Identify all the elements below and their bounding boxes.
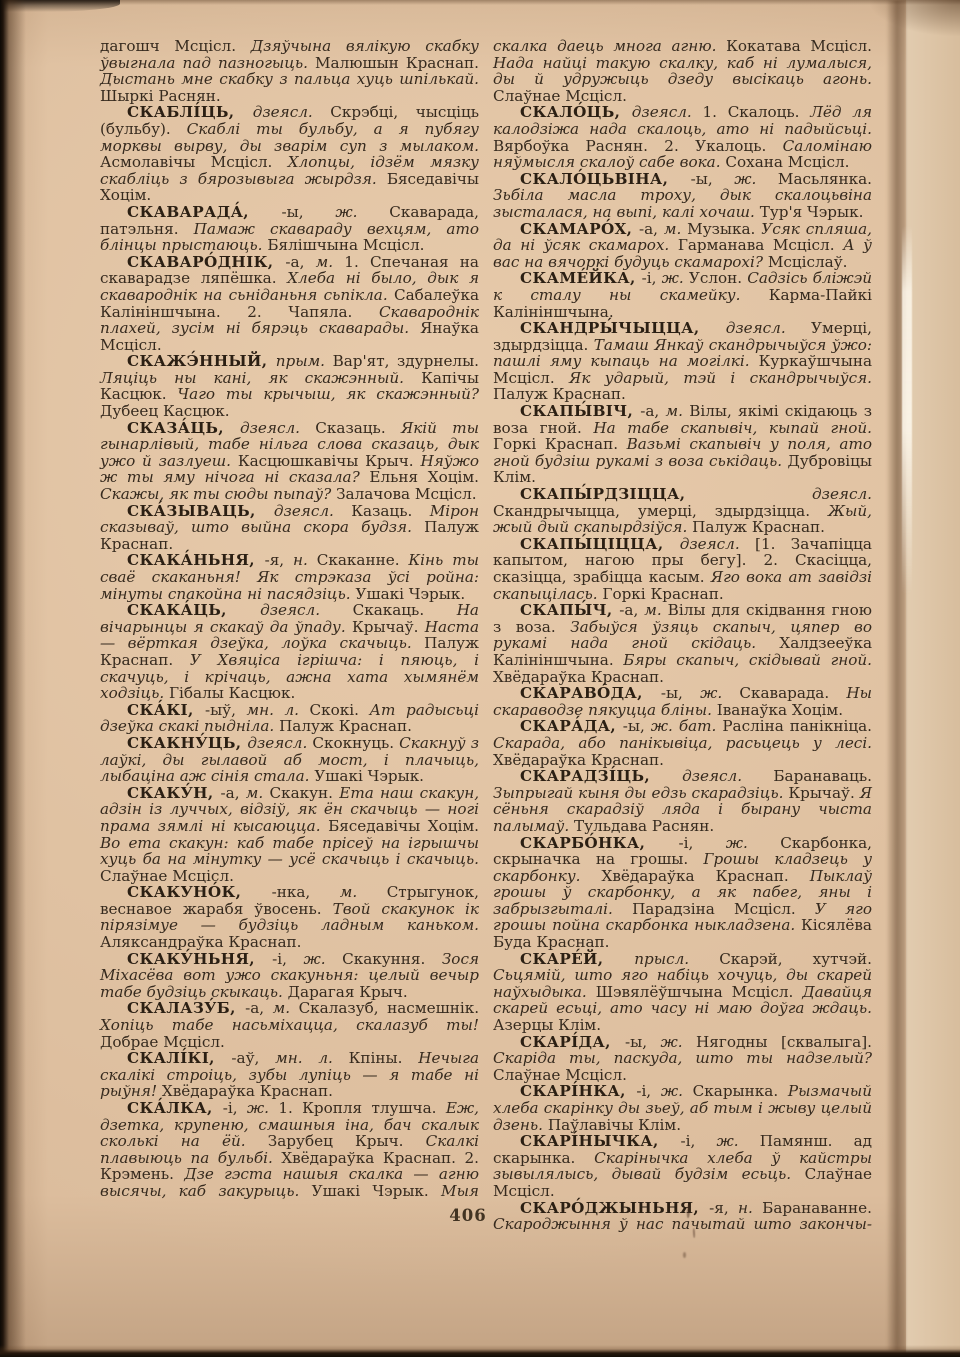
entry-text: -ы, <box>691 170 735 188</box>
example-text: Бяры скапыч, скідывай гной. <box>623 651 872 669</box>
entry-text: Бялішчына Мсцісл. <box>267 236 424 254</box>
entry-text: -ы, <box>625 1033 660 1051</box>
entry-text: Баранаваць. <box>773 767 872 785</box>
example-text: Скаріда ты, паскуда, што ты надзелый? <box>493 1049 872 1067</box>
entry-text: Услон. <box>689 269 747 287</box>
entry-text: Хвёдараўка Краснап. <box>602 867 810 885</box>
dictionary-entry: СКАРІ́НКА, -і, ж. Скарынка. Рызмачый хле… <box>493 1083 872 1133</box>
entry-text: Ушакі Чэрык. <box>312 1182 441 1200</box>
headword: СКАЖЭ́ННЫЙ, <box>127 352 276 370</box>
entry-text: Сказаць. <box>315 419 401 437</box>
entry-text: Крычаў. <box>788 784 859 802</box>
example-text: м. <box>340 883 387 901</box>
dictionary-entry: СКАЛО́ЦЬВІНА, -ы, ж. Масьлянка. Зьбіла м… <box>493 171 872 221</box>
entry-text: Азерцы Клім. <box>493 1016 601 1034</box>
entry-text: Бяседавічы Хоцім. <box>328 817 479 835</box>
headword: СКАКА́НЬНЯ, <box>127 551 265 569</box>
entry-text: Горкі Краснап. <box>602 585 723 603</box>
entry-text: -а, <box>285 253 315 271</box>
entry-text: Ельня Хоцім. <box>369 468 479 486</box>
headword: СКАЛО́ЦЬВІНА, <box>520 170 691 188</box>
headword: СКАПЫ́ЦІЦЦА, <box>520 535 680 553</box>
entry-text: -а, <box>639 220 664 238</box>
example-text: прым. <box>276 352 333 370</box>
entry-text: Шэвялёўшчына Мсцісл. <box>596 983 803 1001</box>
entry-text: 1. Кропля тлушча. <box>278 1099 445 1117</box>
entry-continuation: скалка даець многа агню. Кокатава Мсцісл… <box>493 38 872 104</box>
entry-text: Скалазуб, насмешнік. <box>299 999 479 1017</box>
dictionary-entry: СКА́ЗЫВАЦЬ, дзеясл. Казаць. Мірон сказыв… <box>100 503 479 553</box>
entry-text: Дубеец Касцюк. <box>100 402 230 420</box>
headword: СКАЛАЗУ́Б, <box>127 999 245 1017</box>
entry-text: Палуж Краснап. <box>493 385 626 403</box>
entry-text: Слаўнае Мсцісл. <box>100 867 234 885</box>
entry-text: 1. Скалоць. <box>702 103 810 121</box>
headword: СКАРА́ДА, <box>520 717 623 735</box>
example-text: ж. <box>335 203 389 221</box>
entry-text: Сохана Мсцісл. <box>725 153 849 171</box>
entry-text: -і, <box>272 950 303 968</box>
dictionary-entry: СКАМАРО́Х, -а, м. Музыка. Усяк спляша, д… <box>493 221 872 271</box>
entry-text: -і, <box>678 834 725 852</box>
entry-text: -ы, <box>282 203 336 221</box>
headword: СКАМЕ́ЙКА, <box>520 269 642 287</box>
entry-continuation: дагошч Мсцісл. Дзяўчына вялікую скабку ў… <box>100 38 479 104</box>
example-text: ж. <box>661 1033 697 1051</box>
dictionary-entry: СКАРЕ́Й, прысл. Скарэй, хутчэй. Сьцямій,… <box>493 951 872 1034</box>
headword: СКАРБО́НКА, <box>520 834 678 852</box>
dictionary-entry: СКАКА́ЦЬ, дзеясл. Скакаць. На вічарынцы … <box>100 602 479 702</box>
entry-text: Скарынка. <box>693 1082 788 1100</box>
entry-text: Кпіны. <box>349 1049 419 1067</box>
entry-text: дагошч Мсцісл. <box>100 37 251 55</box>
example-text: м. <box>273 999 299 1017</box>
entry-text: Гарманава Мсцісл. <box>678 236 843 254</box>
example-text: прысл. <box>634 950 719 968</box>
scan-bottom-edge <box>0 1345 960 1357</box>
example-text: Скароджыння ў нас пачытай што закончы- <box>493 1215 872 1233</box>
page-number: 406 <box>432 1206 504 1225</box>
example-text: мн. л. <box>275 1049 349 1067</box>
dictionary-entry: СКАРБО́НКА, -і, ж. Скарбонка, скрыначка … <box>493 835 872 951</box>
example-text: дзеясл. <box>632 103 703 121</box>
example-text: м. <box>644 601 667 619</box>
example-text: дзеясл. <box>726 319 811 337</box>
example-text: м. <box>666 402 690 420</box>
dictionary-entry: СКАКУНО́К, -нка, м. Стрыгунок, веснавое … <box>100 884 479 950</box>
dictionary-entry: СКАПЫ́ВІЧ, -а, м. Вілы, якімі скідаюць з… <box>493 403 872 486</box>
dictionary-entry: СКАРО́ДЖЫНЬНЯ, -я, н. Баранаванне. Скаро… <box>493 1200 872 1233</box>
entry-text: Скакун. <box>269 784 339 802</box>
entry-text: -і, <box>223 1099 247 1117</box>
example-text: м. <box>316 253 345 271</box>
entry-text: -а, <box>221 784 246 802</box>
headword: СКАКУ́НЬНЯ, <box>127 950 272 968</box>
entry-text: Залачова Мсцісл. <box>336 485 477 503</box>
right-column: скалка даець многа агню. Кокатава Мсцісл… <box>493 38 872 1233</box>
dictionary-entry: СКАРА́ДА, -ы, ж. бат. Расліна панікніца.… <box>493 718 872 768</box>
example-text: дзеясл. <box>812 485 872 503</box>
example-text: дзеясл. <box>247 734 312 752</box>
example-text: Мыя <box>441 1182 479 1200</box>
entry-text: Асмолавічы Мсцісл. <box>100 153 288 171</box>
entry-text: Хвёдараўка Краснап. <box>493 751 664 769</box>
example-text: дзеясл. <box>240 419 315 437</box>
example-text: н. <box>738 1199 762 1217</box>
dictionary-entry: СКА́ЛКА, -і, ж. 1. Кропля тлушча. Еж, дз… <box>100 1100 479 1200</box>
entry-text: Палуж Краснап. <box>279 717 412 735</box>
entry-text: Добрае Мсцісл. <box>100 1033 225 1051</box>
headword: СКАЛО́ЦЬ, <box>520 103 632 121</box>
entry-text: Тур'я Чэрык. <box>760 203 864 221</box>
entry-text: Крычаў. <box>352 618 425 636</box>
entry-text: -я, <box>265 551 293 569</box>
entry-text: Скакуння. <box>342 950 442 968</box>
entry-text: -а, <box>245 999 273 1017</box>
entry-text: Баранаванне. <box>762 1199 872 1217</box>
entry-text: Тульдава Раснян. <box>574 817 714 835</box>
entry-text: Расліна панікніца. <box>722 717 872 735</box>
headword: СКАРАВО́ДА, <box>520 684 661 702</box>
dictionary-entry: СКАНДРЫ́ЧЫЦЦА, дзеясл. Умерці, здырдзіцц… <box>493 320 872 403</box>
entry-text: Ушакі Чэрык. <box>355 585 465 603</box>
example-text: Зыпрыгай кыня ды едзь скарадзіць. <box>493 784 788 802</box>
example-text: дзеясл. <box>274 502 351 520</box>
page-edge-highlight <box>902 225 912 595</box>
dictionary-entry: СКАРАВО́ДА, -ы, ж. Скаварада. Ны скараво… <box>493 685 872 718</box>
headword: СКАВАРО́ДНІК, <box>127 253 285 271</box>
entry-text: Палуж Краснап. <box>692 518 825 536</box>
headword: СКАПЫ́ВІЧ, <box>520 402 640 420</box>
entry-text: -ы, <box>661 684 700 702</box>
entry-text: Масьлянка. <box>778 170 872 188</box>
entry-text: Музыка. <box>687 220 761 238</box>
dictionary-entry: СКАЖЭ́ННЫЙ, прым. Вар'ят, здурнелы. Ляці… <box>100 353 479 419</box>
entry-text: Скокнуць. <box>312 734 399 752</box>
entry-text: Горкі Краснап. <box>493 435 627 453</box>
headword: СКАКА́ЦЬ, <box>127 601 260 619</box>
dictionary-entry: СКАБЛІ́ЦЬ, дзеясл. Скрэбці, чысціць (бул… <box>100 104 479 204</box>
entry-text: -аў, <box>231 1049 275 1067</box>
entry-text: Скаканне. <box>317 551 409 569</box>
scan-top-edge <box>0 0 960 5</box>
page-right-margin <box>906 0 960 1357</box>
headword: СКАМАРО́Х, <box>520 220 639 238</box>
entry-text: Аляксандраўка Краснап. <box>100 933 302 951</box>
example-text: Скарада, або панікывіца, расьцець у лесі… <box>493 734 872 752</box>
scan-left-edge <box>0 0 26 1357</box>
example-text: Хопіць табе насьміхацца, скалазуб ты! <box>100 1016 479 1034</box>
headword: СКАБЛІ́ЦЬ, <box>127 103 253 121</box>
entry-text: -і, <box>642 269 662 287</box>
example-text: м. <box>246 784 270 802</box>
example-text: Чаго ты крычыш, як скажэнный? <box>177 385 479 403</box>
dictionary-entry: СКАРАДЗІ́ЦЬ, дзеясл. Баранаваць. Зыпрыга… <box>493 768 872 834</box>
dictionary-entry: СКАЛО́ЦЬ, дзеясл. 1. Скалоць. Лёд ля кал… <box>493 104 872 170</box>
entry-text: Парадзіна Мсцісл. <box>632 900 815 918</box>
entry-text: -ы, <box>623 717 651 735</box>
entry-text: Гібалы Касцюк. <box>169 684 295 702</box>
example-text: ж. <box>662 269 689 287</box>
example-text: м. <box>664 220 687 238</box>
dictionary-entry: СКАРІ́ДА, -ы, ж. Нягодны [сквалыга]. Ска… <box>493 1034 872 1084</box>
entry-text: Ушакі Чэрык. <box>314 767 424 785</box>
example-text: Дыстань мне скабку з пальца хуць шпілька… <box>100 70 479 88</box>
headword: СКАРІ́ДА, <box>520 1033 625 1051</box>
dictionary-entry: СКАПЫ́РДЗІЦЦА, дзеясл. Скандрычыцца, уме… <box>493 486 872 536</box>
headword: СКАПЫ́Ч, <box>520 601 619 619</box>
left-column: дагошч Мсцісл. Дзяўчына вялікую скабку ў… <box>100 38 479 1233</box>
headword: СКАЗА́ЦЬ, <box>127 419 240 437</box>
example-text: Во ета скакун: каб табе прісеў на ігрышч… <box>100 834 479 869</box>
entry-text: Казаць. <box>351 502 429 520</box>
headword: СКАВАРАДА́, <box>127 203 282 221</box>
headword: СКАЛІ́КІ, <box>127 1049 231 1067</box>
dictionary-entry: СКАМЕ́ЙКА, -і, ж. Услон. Садзісь бліжэй … <box>493 270 872 320</box>
dictionary-entry: СКАЛАЗУ́Б, -а, м. Скалазуб, насмешнік. Х… <box>100 1000 479 1050</box>
example-text: ж. <box>716 1132 759 1150</box>
example-text: Скажы, як ты сюды пыпаў? <box>100 485 336 503</box>
entry-text: Вар'ят, здурнелы. <box>333 352 479 370</box>
entry-text: Касцюшкавічы Крыч. <box>238 452 421 470</box>
dictionary-entry: СКАПЫ́Ч, -а, м. Вілы для скідвання гною … <box>493 602 872 685</box>
headword: СКАРЕ́Й, <box>520 950 634 968</box>
entry-text: Малюшын Краснап. <box>315 54 479 72</box>
headword: СКАКУ́Н, <box>127 784 221 802</box>
example-text: Як ударый, тэй і скандрычыўся. <box>569 369 872 387</box>
dictionary-entry: СКАРІ́НЫЧКА, -і, ж. Памянш. ад скарынка.… <box>493 1133 872 1199</box>
dictionary-entry: СКАКА́НЬНЯ, -я, н. Скаканне. Кінь ты сва… <box>100 552 479 602</box>
dictionary-entry: СКАКУ́Н, -а, м. Скакун. Ета наш скакун, … <box>100 785 479 885</box>
entry-text: Паўлавічы Клім. <box>548 1116 681 1134</box>
entry-text: -а, <box>619 601 644 619</box>
dictionary-entry: СКАЗА́ЦЬ, дзеясл. Сказаць. Якій ты гынар… <box>100 420 479 503</box>
headword: СКА́КІ, <box>127 701 205 719</box>
headword: СКАРО́ДЖЫНЬНЯ, <box>520 1199 709 1217</box>
headword: СКАРІ́НКА, <box>520 1082 636 1100</box>
headword: СКА́ЗЫВАЦЬ, <box>127 502 274 520</box>
entry-text: Скакаць. <box>353 601 457 619</box>
example-text: ж. <box>734 170 778 188</box>
dictionary-entry: СКАВАРО́ДНІК, -а, м. 1. Спечаная на скав… <box>100 254 479 354</box>
example-text: Ляціць ны кані, як скажэнный. <box>100 369 421 387</box>
headword: СКАКНУ́ЦЬ, <box>127 734 247 752</box>
entry-text: -ыў, <box>205 701 247 719</box>
entry-text: -нка, <box>272 883 340 901</box>
example-text: дзеясл. <box>253 103 330 121</box>
text-block: дагошч Мсцісл. Дзяўчына вялікую скабку ў… <box>100 38 872 1233</box>
entry-text: -і, <box>636 1082 661 1100</box>
headword: СКАРАДЗІ́ЦЬ, <box>520 767 682 785</box>
example-text: Нада найці такую скалку, каб ні лумалыся… <box>493 54 872 89</box>
entry-text: -я, <box>709 1199 738 1217</box>
example-text: мн. л. <box>247 701 310 719</box>
entry-text: Зарубец Крыч. <box>268 1132 426 1150</box>
entry-text: Хвёдараўка Краснап. <box>493 668 664 686</box>
example-text: скалка даець многа агню. <box>493 37 726 55</box>
entry-text: Скарэй, хутчэй. <box>719 950 872 968</box>
example-text: ж. <box>700 684 739 702</box>
headword: СКАКУНО́К, <box>127 883 272 901</box>
example-text: На табе скапывіч, кыпай гной. <box>593 419 872 437</box>
example-text: ж. <box>726 834 781 852</box>
entry-text: Скокі. <box>310 701 370 719</box>
dictionary-entry: СКАПЫ́ЦІЦЦА, дзеясл. [1. Зачапіцца капыт… <box>493 536 872 602</box>
example-text: н. <box>293 551 317 569</box>
page-edge-shadow <box>886 0 906 1351</box>
headword: СКАПЫ́РДЗІЦЦА, <box>520 485 812 503</box>
entry-text: Вярбоўка Раснян. 2. Укалоць. <box>493 137 783 155</box>
entry-text: -а, <box>640 402 665 420</box>
scanned-dictionary-page: дагошч Мсцісл. Дзяўчына вялікую скабку ў… <box>0 0 960 1357</box>
dictionary-entry: СКАВАРАДА́, -ы, ж. Скаварада, патэльня. … <box>100 204 479 254</box>
scan-corner-top-right <box>870 0 960 36</box>
dictionary-entry: СКАКУ́НЬНЯ, -і, ж. Скакуння. Зося Міхасё… <box>100 951 479 1001</box>
example-text: ж. <box>247 1099 278 1117</box>
headword: СКА́ЛКА, <box>127 1099 223 1117</box>
entry-text: Скандрычыцца, умерці, здырдзіцца. <box>493 502 828 520</box>
example-text: ж. <box>661 1082 693 1100</box>
entry-text: Хвёдараўка Краснап. <box>162 1082 333 1100</box>
example-text: дзеясл. <box>680 535 755 553</box>
dictionary-entry: СКА́КІ, -ыў, мн. л. Скокі. Ат радысьці д… <box>100 702 479 735</box>
headword: СКАРІ́НЫЧКА, <box>520 1132 681 1150</box>
dictionary-entry: СКАЛІ́КІ, -аў, мн. л. Кпіны. Нечыга скал… <box>100 1050 479 1100</box>
example-text: дзеясл. <box>260 601 352 619</box>
entry-text: Нягодны [сквалыга]. <box>696 1033 872 1051</box>
entry-text: Кокатава Мсцісл. <box>726 37 872 55</box>
example-text: дзеясл. <box>682 767 773 785</box>
dictionary-entry: СКАКНУ́ЦЬ, дзеясл. Скокнуць. Скакнуў з л… <box>100 735 479 785</box>
entry-text: Скаварада. <box>739 684 846 702</box>
entry-text: -і, <box>681 1132 717 1150</box>
headword: СКАНДРЫ́ЧЫЦЦА, <box>520 319 726 337</box>
ink-smudge <box>683 1252 686 1258</box>
example-text: ж. бат. <box>651 717 723 735</box>
example-text: ж. <box>303 950 342 968</box>
